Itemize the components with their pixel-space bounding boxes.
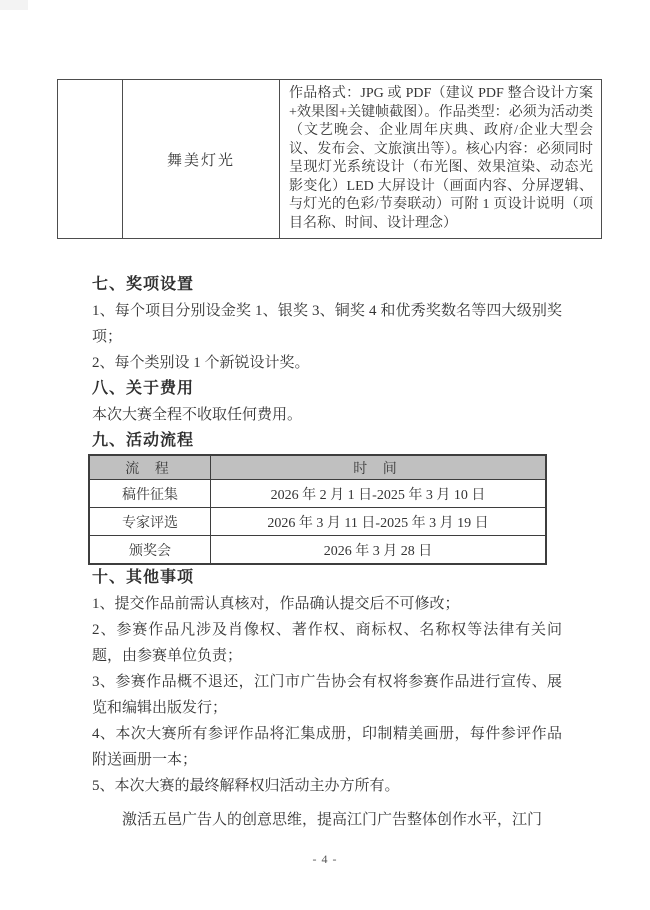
other-item-3: 3、参赛作品概不退还，江门市广告协会有权将参赛作品进行宣传、展览和编辑出版发行； (92, 669, 562, 721)
schedule-header-time: 时 间 (211, 455, 547, 480)
other-item-4: 4、本次大赛所有参评作品将汇集成册，印制精美画册，每件参评作品附送画册一本； (92, 721, 562, 773)
category-index-cell (58, 80, 123, 239)
schedule-row: 颁奖会 2026 年 3 月 28 日 (89, 536, 546, 565)
category-requirements-table: 舞美灯光 作品格式：JPG 或 PDF（建议 PDF 整合设计方案+效果图+关键… (57, 79, 602, 239)
document-body: 七、奖项设置 1、每个项目分别设金奖 1、银奖 3、铜奖 4 和优秀奖数名等四大… (92, 272, 562, 833)
other-item-5: 5、本次大赛的最终解释权归活动主办方所有。 (92, 773, 562, 799)
schedule-header-step: 流 程 (89, 455, 211, 480)
closing-paragraph: 激活五邑广告人的创意思维，提高江门广告整体创作水平，江门 (92, 807, 562, 833)
section-heading-schedule: 九、活动流程 (92, 428, 562, 454)
schedule-time-cell: 2026 年 3 月 28 日 (211, 536, 547, 565)
section-heading-fees: 八、关于费用 (92, 376, 562, 402)
other-item-1: 1、提交作品前需认真核对，作品确认提交后不可修改； (92, 591, 562, 617)
awards-item-2: 2、每个类别设 1 个新锐设计奖。 (92, 350, 562, 376)
schedule-step-cell: 专家评选 (89, 508, 211, 536)
category-requirements-cell: 作品格式：JPG 或 PDF（建议 PDF 整合设计方案+效果图+关键帧截图）。… (280, 80, 602, 239)
schedule-table: 流 程 时 间 稿件征集 2026 年 2 月 1 日-2025 年 3 月 1… (88, 454, 547, 565)
schedule-step-cell: 颁奖会 (89, 536, 211, 565)
table-row: 舞美灯光 作品格式：JPG 或 PDF（建议 PDF 整合设计方案+效果图+关键… (58, 80, 602, 239)
schedule-row: 稿件征集 2026 年 2 月 1 日-2025 年 3 月 10 日 (89, 480, 546, 508)
section-heading-awards: 七、奖项设置 (92, 272, 562, 298)
schedule-step-cell: 稿件征集 (89, 480, 211, 508)
schedule-time-cell: 2026 年 2 月 1 日-2025 年 3 月 10 日 (211, 480, 547, 508)
other-item-2: 2、参赛作品凡涉及肖像权、著作权、商标权、名称权等法律有关问题，由参赛单位负责； (92, 617, 562, 669)
document-page: 舞美灯光 作品格式：JPG 或 PDF（建议 PDF 整合设计方案+效果图+关键… (0, 0, 650, 910)
schedule-header-row: 流 程 时 间 (89, 455, 546, 480)
page-number: - 4 - (0, 852, 650, 867)
awards-item-1: 1、每个项目分别设金奖 1、银奖 3、铜奖 4 和优秀奖数名等四大级别奖项； (92, 298, 562, 350)
schedule-time-cell: 2026 年 3 月 11 日-2025 年 3 月 19 日 (211, 508, 547, 536)
scan-artifact (0, 0, 28, 10)
category-name-cell: 舞美灯光 (123, 80, 280, 239)
fees-body: 本次大赛全程不收取任何费用。 (92, 402, 562, 428)
schedule-row: 专家评选 2026 年 3 月 11 日-2025 年 3 月 19 日 (89, 508, 546, 536)
section-heading-other: 十、其他事项 (92, 565, 562, 591)
